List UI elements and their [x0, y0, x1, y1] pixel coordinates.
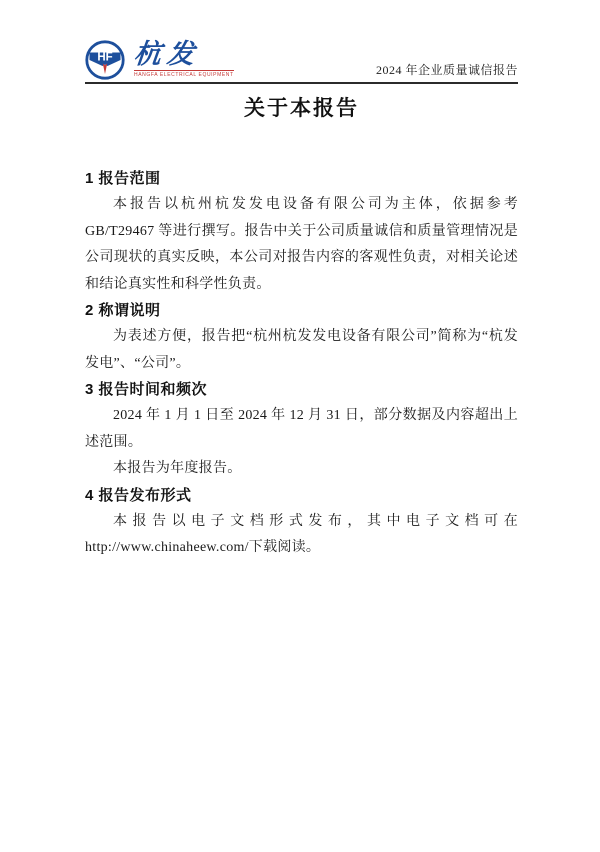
- section-paragraph: 本报告以杭州杭发发电设备有限公司为主体，依据参考 GB/T29467 等进行撰写…: [85, 192, 518, 298]
- report-body: 1 报告范围 本报告以杭州杭发发电设备有限公司为主体，依据参考 GB/T2946…: [85, 166, 518, 562]
- section-heading: 1 报告范围: [85, 166, 518, 192]
- section-paragraph: 2024 年 1 月 1 日至 2024 年 12 月 31 日，部分数据及内容…: [85, 403, 518, 456]
- section-report-period: 3 报告时间和频次 2024 年 1 月 1 日至 2024 年 12 月 31…: [85, 377, 518, 483]
- section-release-form: 4 报告发布形式 本报告以电子文档形式发布，其中电子文档可在 http://ww…: [85, 483, 518, 562]
- section-report-scope: 1 报告范围 本报告以杭州杭发发电设备有限公司为主体，依据参考 GB/T2946…: [85, 166, 518, 298]
- page-header: HF 杭发 HANGFA ELECTRICAL EQUIPMENT 2024 年…: [85, 0, 518, 84]
- section-paragraph: 本报告为年度报告。: [85, 456, 518, 483]
- brand-tagline: HANGFA ELECTRICAL EQUIPMENT: [134, 70, 234, 78]
- section-heading: 3 报告时间和频次: [85, 377, 518, 403]
- report-page: HF 杭发 HANGFA ELECTRICAL EQUIPMENT 2024 年…: [0, 0, 600, 852]
- section-heading: 4 报告发布形式: [85, 483, 518, 509]
- logo-wordmark: 杭发 HANGFA ELECTRICAL EQUIPMENT: [134, 40, 234, 78]
- section-naming-note: 2 称谓说明 为表述方便，报告把“杭州杭发发电设备有限公司”简称为“杭发发电”、…: [85, 298, 518, 377]
- section-paragraph: 为表述方便，报告把“杭州杭发发电设备有限公司”简称为“杭发发电”、“公司”。: [85, 324, 518, 377]
- brand-calligraphy: 杭发: [133, 41, 202, 68]
- logo-monogram: HF: [97, 52, 112, 64]
- header-report-name: 2024 年企业质量诚信报告: [376, 60, 518, 80]
- section-paragraph: 本报告以电子文档形式发布，其中电子文档可在 http://www.chinahe…: [85, 509, 518, 562]
- page-title: 关于本报告: [85, 94, 518, 124]
- section-heading: 2 称谓说明: [85, 298, 518, 324]
- hf-logo-icon: HF: [85, 40, 125, 80]
- company-logo: HF 杭发 HANGFA ELECTRICAL EQUIPMENT: [85, 40, 234, 80]
